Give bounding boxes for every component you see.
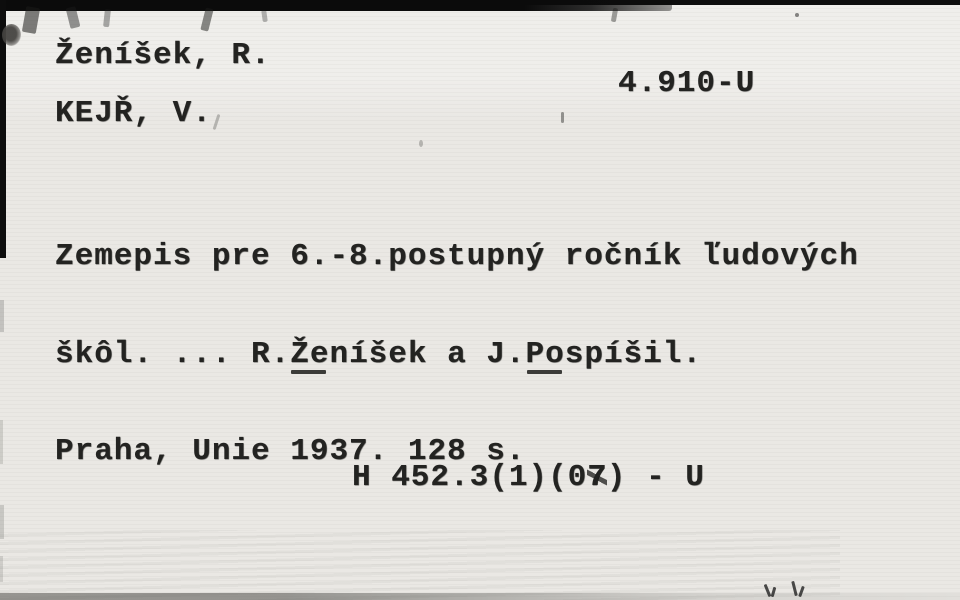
left-edge-mark (0, 420, 3, 464)
left-edge-mark (0, 505, 4, 539)
ink-smudge (200, 7, 213, 31)
stray-typewriter-mark (213, 114, 221, 130)
dust-speck (795, 13, 799, 17)
left-edge-mark (0, 300, 4, 332)
call-number-overstruck-digit: 7 (587, 460, 607, 495)
title-line-2: škôl. ... R.Ženíšek a J.Pospíšil. (55, 339, 859, 372)
ink-smudge (611, 8, 618, 23)
title-line-1: Zemepis pre 6.-8.postupný ročník ľudovýc… (55, 241, 859, 274)
title-line-2-seg: škôl. ... R. (55, 337, 290, 372)
catalog-card-scan: Ženíšek, R. KEJŘ, V. 4.910-U Zemepis pre… (0, 0, 960, 600)
title-line-2-seg: spíšil. (565, 337, 702, 372)
title-line-2-seg-underlined: Po (526, 337, 565, 372)
left-edge-mark (0, 556, 3, 582)
title-line-2-seg-underlined: Že (290, 337, 329, 372)
title-line-2-seg: níšek a J. (329, 337, 525, 372)
scan-streaks (0, 530, 840, 600)
call-number-seg: H 452.3(1)(0 (352, 460, 587, 495)
ink-smudge (22, 6, 40, 34)
ink-smudge (261, 10, 268, 23)
dust-speck (419, 140, 423, 147)
bottom-scan-edge (0, 593, 960, 600)
shelf-mark: 4.910-U (618, 66, 755, 101)
dust-speck (561, 112, 564, 123)
ink-smudge (103, 9, 111, 28)
ink-blot (2, 24, 21, 46)
call-number: H 452.3(1)(07) - U (352, 460, 705, 495)
author-heading-secondary: KEJŘ, V. (55, 96, 212, 131)
author-heading-primary: Ženíšek, R. (55, 38, 271, 73)
call-number-seg: ) - U (607, 460, 705, 495)
top-scan-edge-dark (0, 0, 672, 11)
